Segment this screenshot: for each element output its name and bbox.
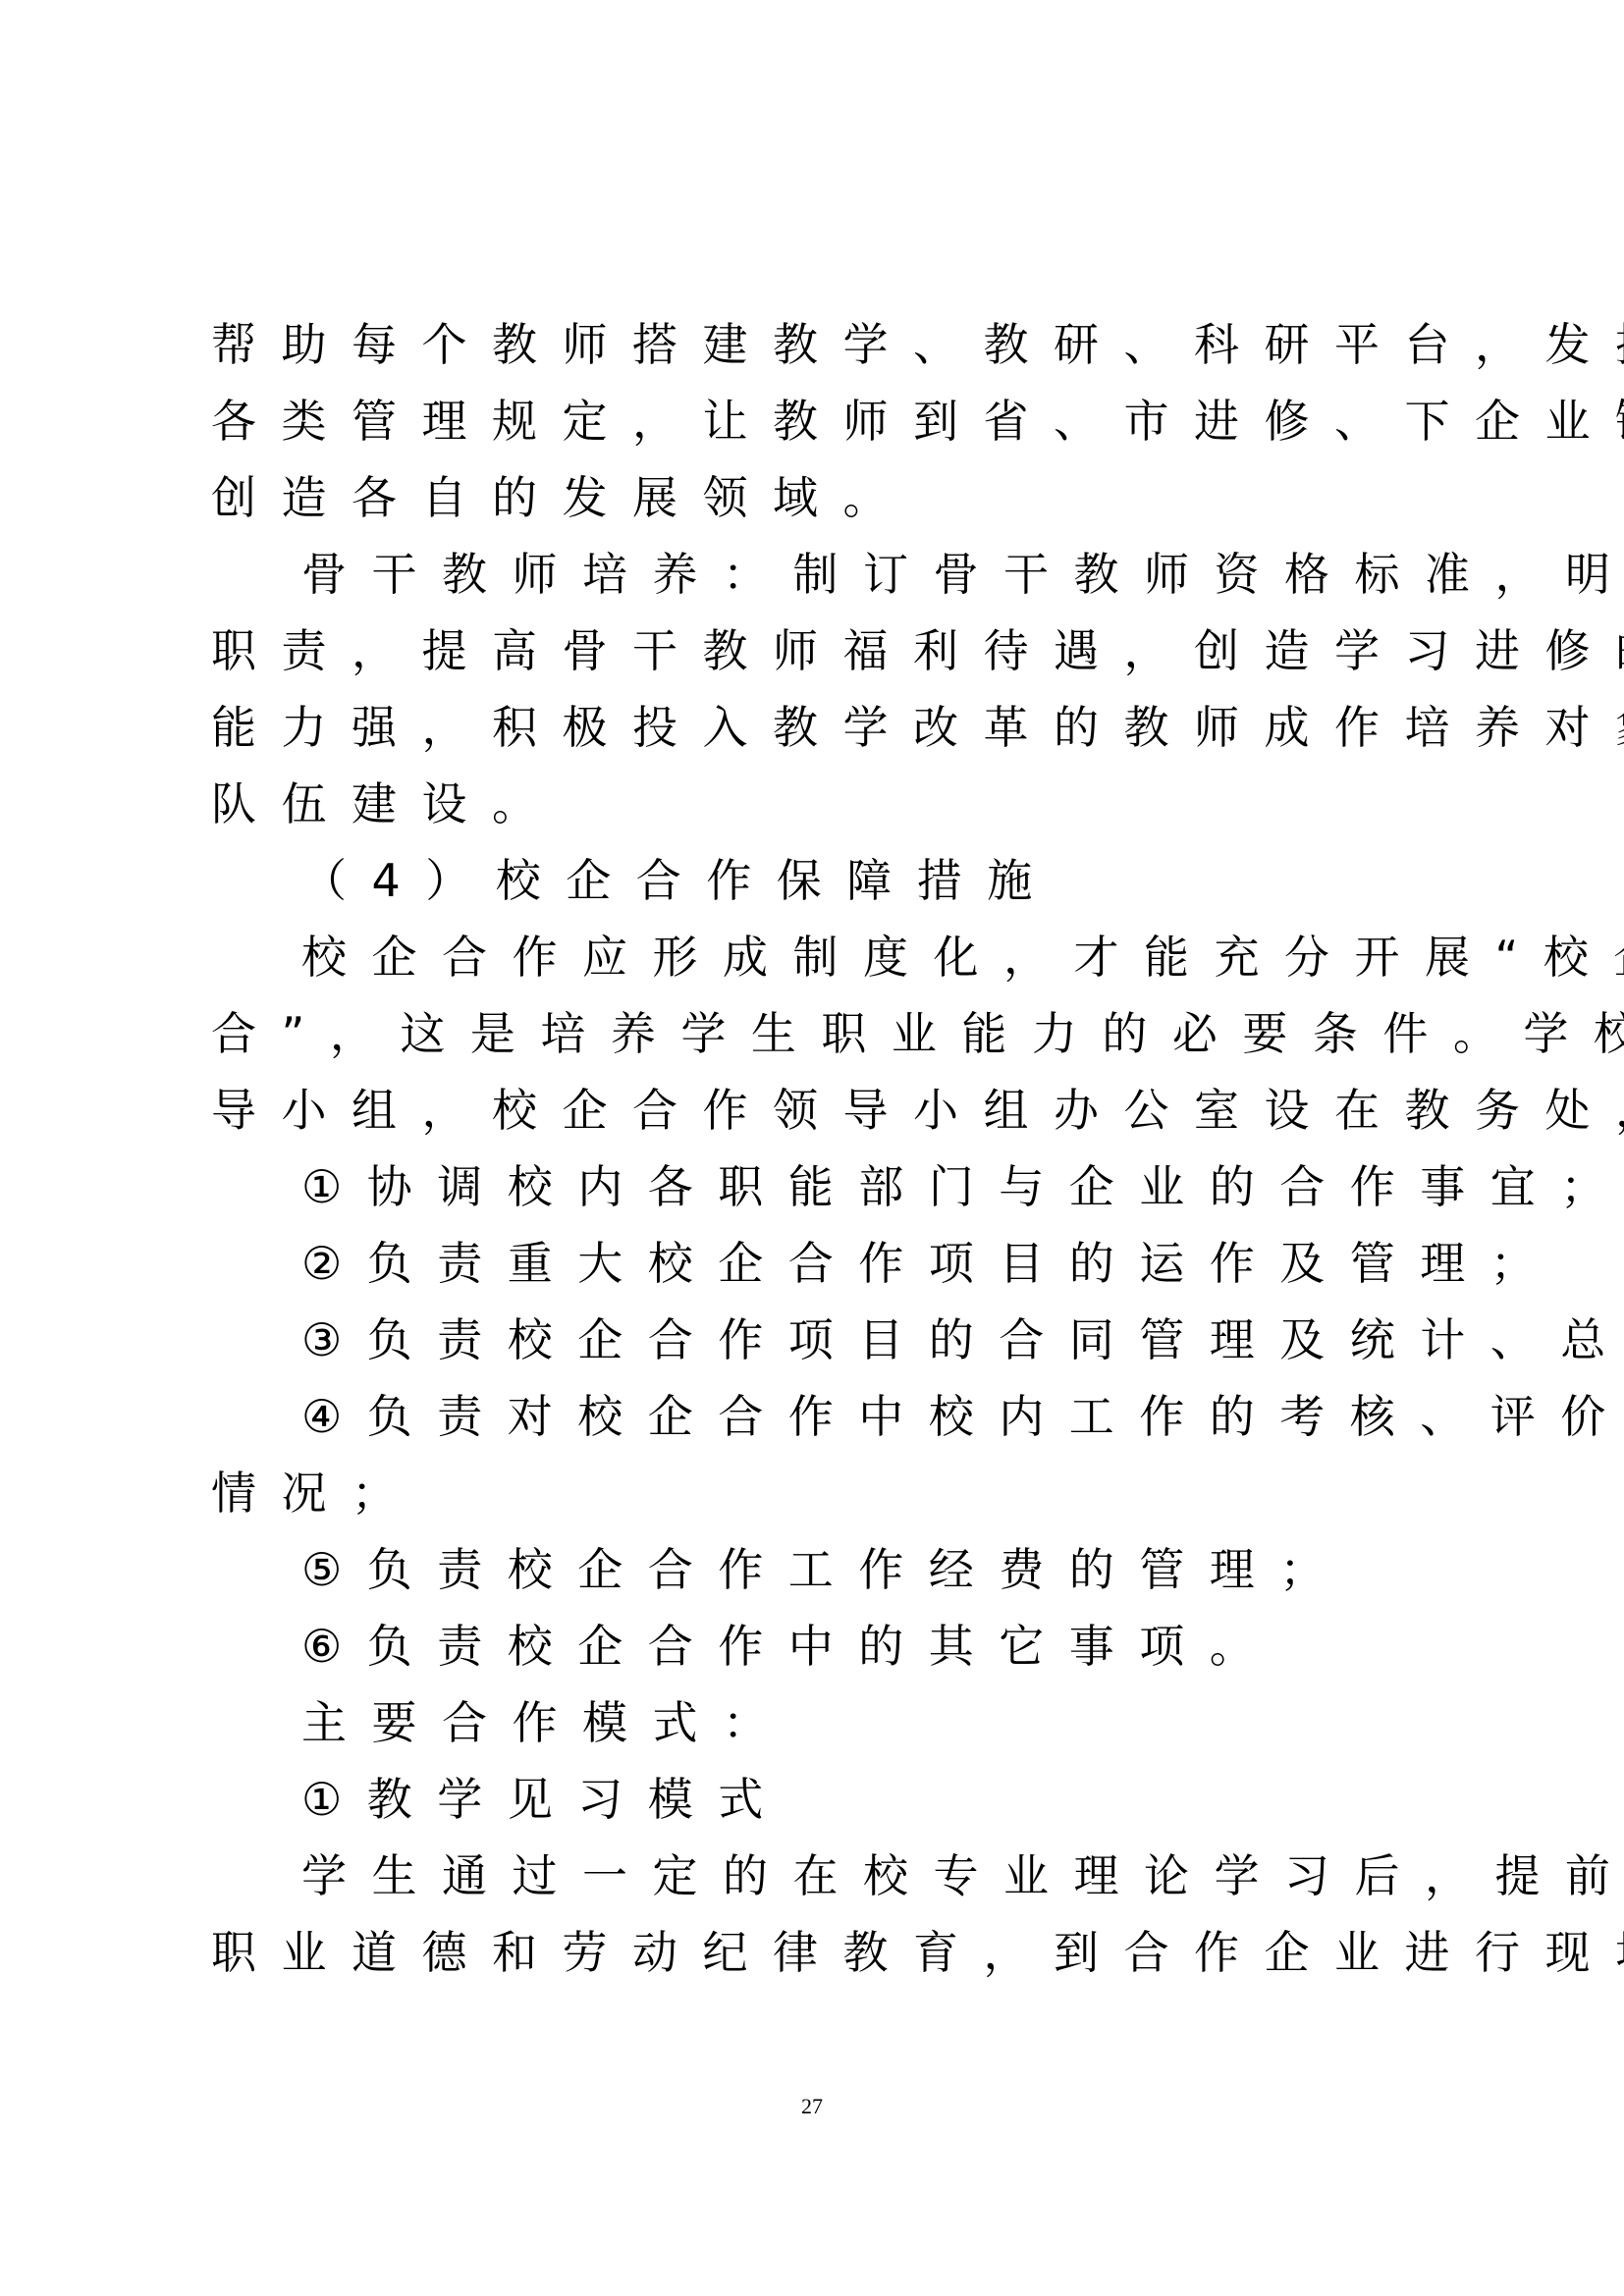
- text-line: 各类管理规定，让教师到省、市进修、下企业锻炼、进一步深造，: [211, 383, 1429, 459]
- duty-item-3: ③负责校企合作项目的合同管理及统计、总结等工作；: [211, 1302, 1429, 1378]
- paragraph-backbone-teacher-training: 骨干教师培养：制订骨干教师资格标准，明确骨干教师工作: [211, 536, 1429, 613]
- text-line: 能力强，积极投入教学改革的教师成作培养对象，加强专业核心: [211, 689, 1429, 766]
- text-line: 合”，这是培养学生职业能力的必要条件。学校成立校企合作领: [211, 995, 1429, 1072]
- duty-item-5: ⑤负责校企合作工作经费的管理；: [211, 1531, 1429, 1608]
- mode-item-1: ①教学见习模式: [211, 1761, 1429, 1838]
- text-line: 队伍建设。: [211, 766, 1429, 842]
- text-line: 职业道德和劳动纪律教育，到合作企业进行现场观摩学习，较为: [211, 1914, 1429, 1991]
- cooperation-modes-label: 主要合作模式：: [211, 1684, 1429, 1761]
- duty-item-2: ②负责重大校企合作项目的运作及管理；: [211, 1225, 1429, 1302]
- paragraph-teaching-internship: 学生通过一定的在校专业理论学习后，提前接受企业文化、: [211, 1838, 1429, 1914]
- page-number: 27: [0, 2094, 1624, 2119]
- text-line: 帮助每个教师搭建教学、教研、科研平台，发挥各自专长，配合: [211, 306, 1429, 383]
- duty-item-4-continued: 情况；: [211, 1455, 1429, 1531]
- text-line: 导小组，校企合作领导小组办公室设在教务处，其主要职责是：: [211, 1072, 1429, 1148]
- duty-item-4: ④负责对校企合作中校内工作的考核、评价，检查履约实施: [211, 1378, 1429, 1455]
- document-page: 帮助每个教师搭建教学、教研、科研平台，发挥各自专长，配合 各类管理规定，让教师到…: [0, 0, 1624, 2296]
- text-line: 创造各自的发展领域。: [211, 459, 1429, 536]
- paragraph-school-enterprise: 校企合作应形成制度化，才能充分开展“校企合作、工学结: [211, 919, 1429, 995]
- duty-item-6: ⑥负责校企合作中的其它事项。: [211, 1608, 1429, 1684]
- body-text: 帮助每个教师搭建教学、教研、科研平台，发挥各自专长，配合 各类管理规定，让教师到…: [211, 306, 1429, 1991]
- section-heading: （4）校企合作保障措施: [211, 842, 1429, 919]
- duty-item-1: ①协调校内各职能部门与企业的合作事宜；: [211, 1148, 1429, 1225]
- text-line: 职责，提高骨干教师福利待遇，创造学习进修的条件。选拔工作: [211, 613, 1429, 689]
